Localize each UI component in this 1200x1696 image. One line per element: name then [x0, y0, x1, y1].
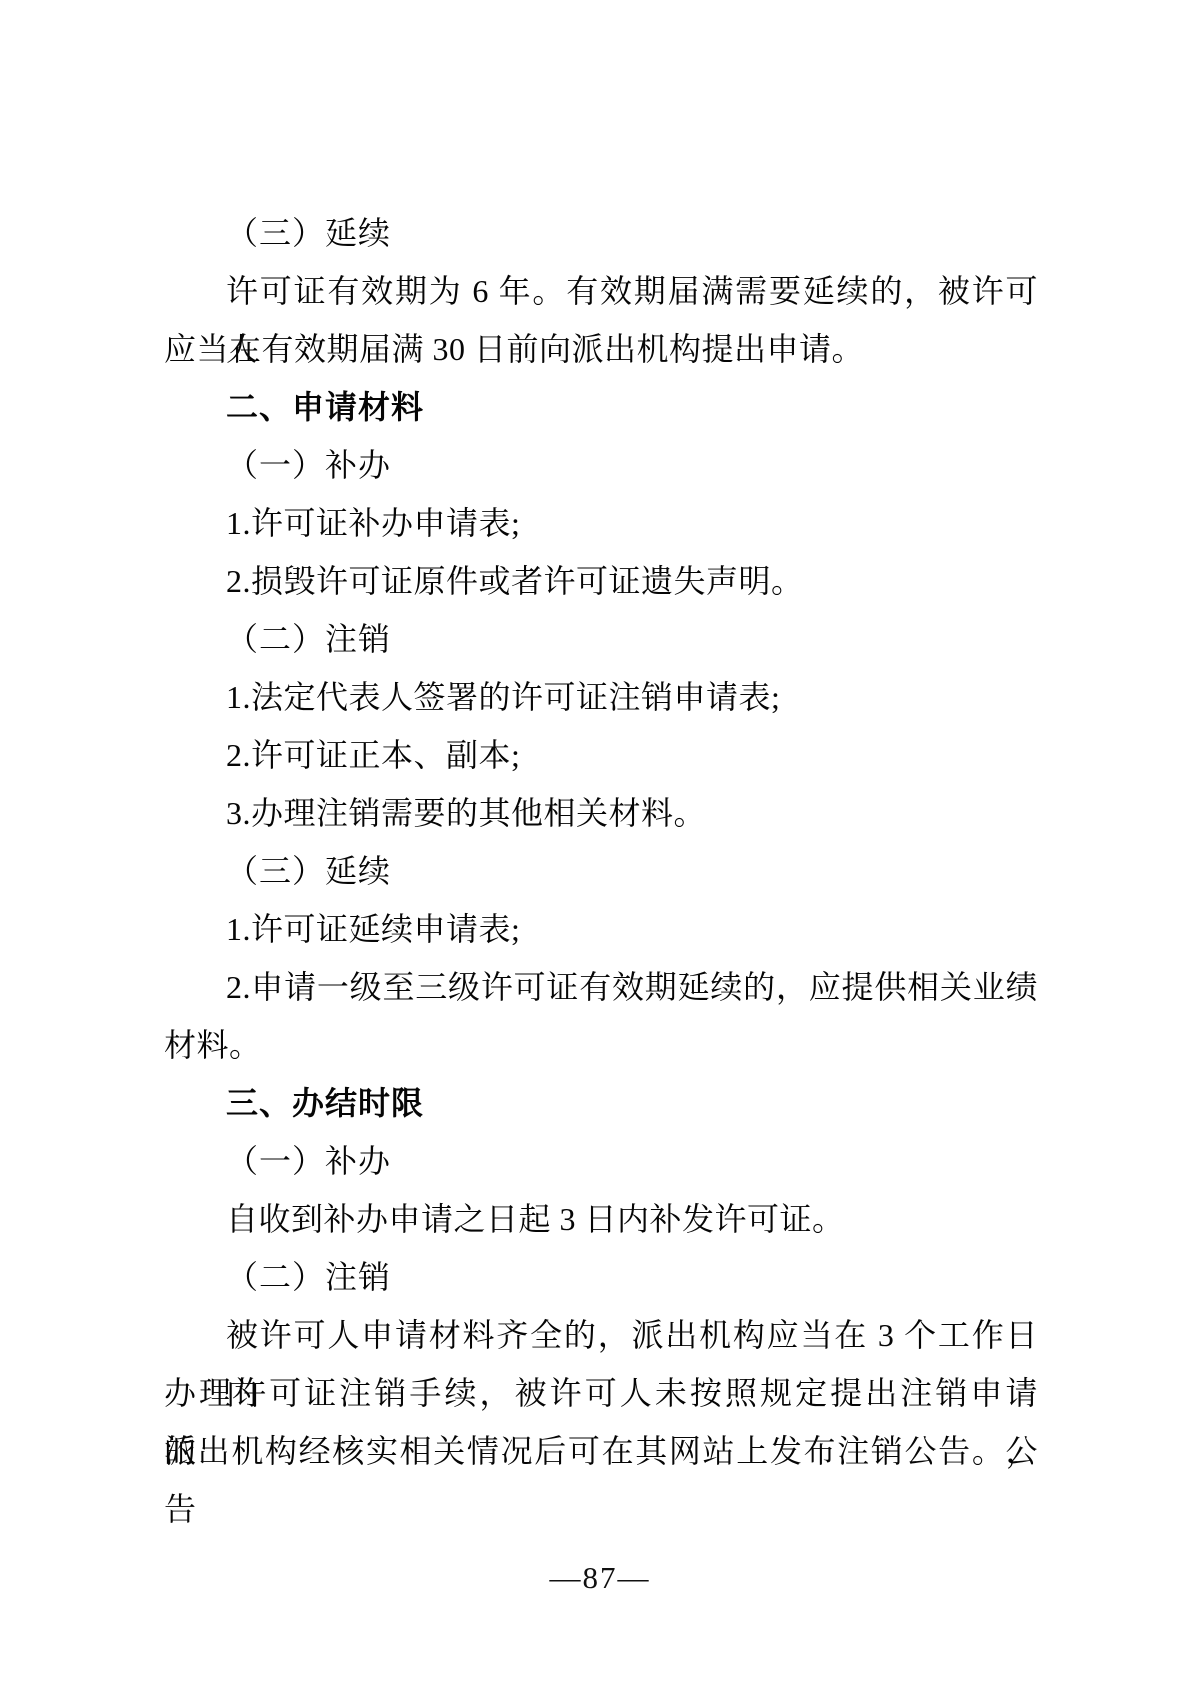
paragraph-continuation: 办理许可证注销手续，被许可人未按照规定提出注销申请的， — [164, 1364, 1038, 1422]
subheading: （一）补办 — [164, 436, 1038, 494]
document-body: （三）延续许可证有效期为 6 年。有效期届满需要延续的，被许可人应当在有效期届满… — [164, 204, 1038, 1480]
paragraph-start: 自收到补办申请之日起 3 日内补发许可证。 — [164, 1190, 1038, 1248]
paragraph-start: 被许可人申请材料齐全的，派出机构应当在 3 个工作日内 — [164, 1306, 1038, 1364]
list-item: 1.许可证补办申请表; — [164, 494, 1038, 552]
paragraph-start: 2.申请一级至三级许可证有效期延续的，应提供相关业绩 — [164, 958, 1038, 1016]
subheading: （三）延续 — [164, 842, 1038, 900]
subheading: （三）延续 — [164, 204, 1038, 262]
paragraph-end: 材料。 — [164, 1016, 1038, 1074]
paragraph-end: 应当在有效期届满 30 日前向派出机构提出申请。 — [164, 320, 1038, 378]
subheading: （二）注销 — [164, 1248, 1038, 1306]
list-item: 2.许可证正本、副本; — [164, 726, 1038, 784]
list-item: 3.办理注销需要的其他相关材料。 — [164, 784, 1038, 842]
list-item: 1.法定代表人签署的许可证注销申请表; — [164, 668, 1038, 726]
page-number: —87— — [0, 1560, 1200, 1596]
paragraph-continuation: 派出机构经核实相关情况后可在其网站上发布注销公告。公告 — [164, 1422, 1038, 1480]
heading: 二、申请材料 — [164, 378, 1038, 436]
subheading: （一）补办 — [164, 1132, 1038, 1190]
subheading: （二）注销 — [164, 610, 1038, 668]
list-item: 1.许可证延续申请表; — [164, 900, 1038, 958]
list-item: 2.损毁许可证原件或者许可证遗失声明。 — [164, 552, 1038, 610]
paragraph-start: 许可证有效期为 6 年。有效期届满需要延续的，被许可人 — [164, 262, 1038, 320]
heading: 三、办结时限 — [164, 1074, 1038, 1132]
document-page: （三）延续许可证有效期为 6 年。有效期届满需要延续的，被许可人应当在有效期届满… — [0, 0, 1200, 1696]
